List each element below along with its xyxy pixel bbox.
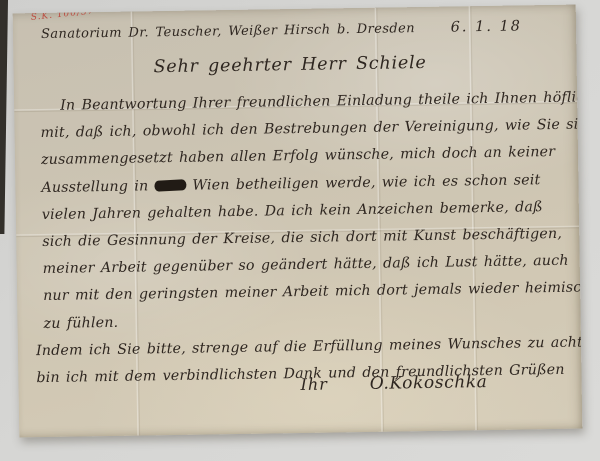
salutation: Sehr geehrter Herr Schiele: [153, 53, 426, 77]
body-line-segment: Ausstellung in: [41, 178, 148, 196]
valediction: Ihr: [300, 375, 328, 394]
ink-scribble-redaction: [154, 179, 187, 192]
letter-date: 6. 1. 18: [451, 18, 523, 35]
body-line-segment: Wien betheiligen werde, wie ich es schon…: [192, 172, 540, 193]
archive-number: S.K. 100/37: [30, 6, 95, 23]
letter-header: Sanatorium Dr. Teuscher, Weißer Hirsch b…: [41, 18, 554, 42]
signature: O.Kokoschka: [370, 372, 488, 394]
photo-edge-object: [0, 0, 8, 234]
sender-address: Sanatorium Dr. Teuscher, Weißer Hirsch b…: [41, 21, 415, 42]
signature-block: Ihr O.Kokoschka: [300, 372, 487, 395]
letter-body: In Beantwortung Ihrer freundlichen Einla…: [40, 85, 571, 392]
letter-paper: S.K. 100/37 Sanatorium Dr. Teuscher, Wei…: [13, 5, 583, 438]
photo-background: S.K. 100/37 Sanatorium Dr. Teuscher, Wei…: [0, 0, 600, 461]
